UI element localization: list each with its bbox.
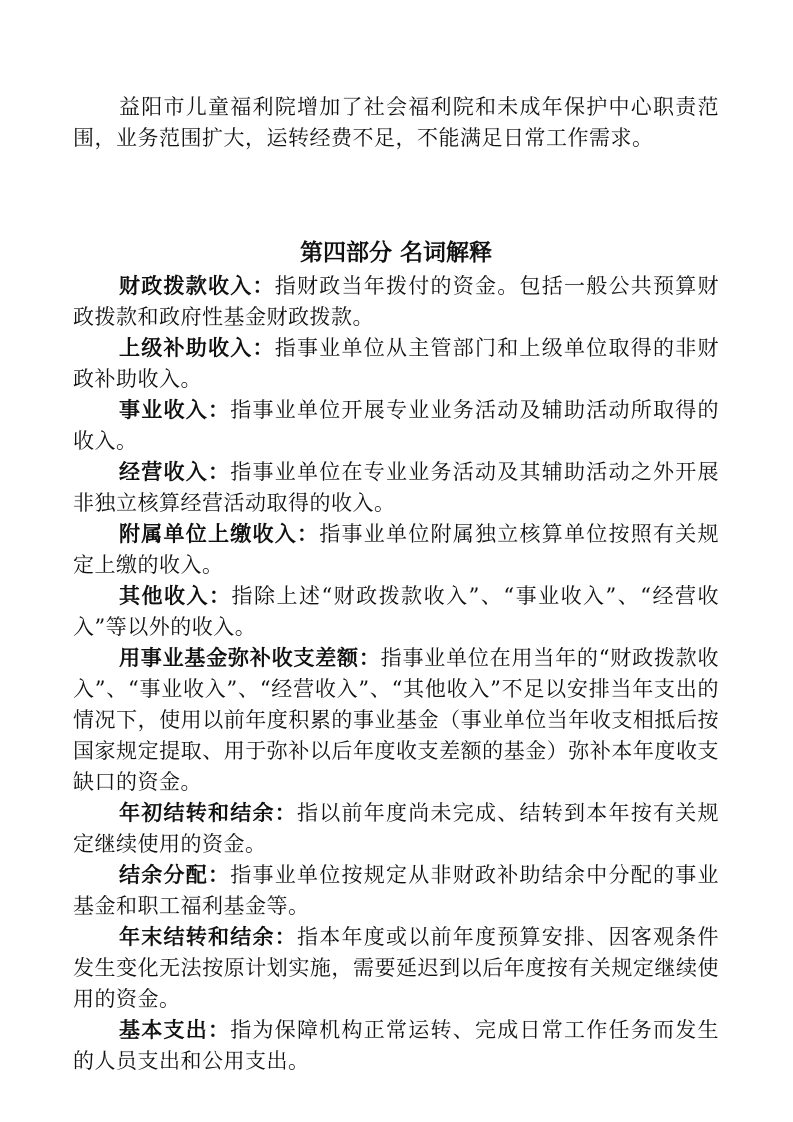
definition-term: 上级补助收入：: [119, 336, 275, 360]
definition-closing-carryover: 年末结转和结余：指本年度或以前年度预算安排、因客观条件发生变化无法按原计划实施，…: [73, 922, 719, 1015]
intro-paragraph: 益阳市儿童福利院增加了社会福利院和未成年保护中心职责范围，业务范围扩大，运转经费…: [73, 92, 719, 154]
definition-term: 经营收入：: [119, 460, 230, 484]
definition-term: 结余分配：: [119, 863, 230, 887]
definition-business-income: 事业收入：指事业单位开展专业业务活动及辅助活动所取得的收入。: [73, 395, 719, 457]
definition-opening-carryover: 年初结转和结余：指以前年度尚未完成、结转到本年按有关规定继续使用的资金。: [73, 798, 719, 860]
definition-term: 其他收入：: [119, 584, 231, 608]
definition-surplus-distribution: 结余分配：指事业单位按规定从非财政补助结余中分配的事业基金和职工福利基金等。: [73, 860, 719, 922]
definition-fiscal-appropriation: 财政拨款收入：指财政当年拨付的资金。包括一般公共预算财政拨款和政府性基金财政拨款…: [73, 271, 719, 333]
document-page: 益阳市儿童福利院增加了社会福利院和未成年保护中心职责范围，业务范围扩大，运转经费…: [73, 92, 719, 1077]
definition-superior-subsidy: 上级补助收入：指事业单位从主管部门和上级单位取得的非财政补助收入。: [73, 333, 719, 395]
definition-term: 年末结转和结余：: [119, 925, 297, 949]
definition-term: 年初结转和结余：: [119, 801, 297, 825]
definition-term: 财政拨款收入：: [119, 274, 275, 298]
definition-term: 用事业基金弥补收支差额：: [119, 646, 381, 670]
definition-basic-expenditure: 基本支出：指为保障机构正常运转、完成日常工作任务而发生的人员支出和公用支出。: [73, 1015, 719, 1077]
definition-operating-income: 经营收入：指事业单位在专业业务活动及其辅助活动之外开展非独立核算经营活动取得的收…: [73, 457, 719, 519]
definition-term: 事业收入：: [119, 398, 230, 422]
definition-term: 附属单位上缴收入：: [119, 522, 319, 546]
definition-other-income: 其他收入：指除上述“财政拨款收入”、“事业收入”、“经营收入”等以外的收入。: [73, 581, 719, 643]
definition-affiliate-remittance: 附属单位上缴收入：指事业单位附属独立核算单位按照有关规定上缴的收入。: [73, 519, 719, 581]
section-title: 第四部分 名词解释: [73, 238, 719, 269]
definition-term: 基本支出：: [119, 1018, 230, 1042]
definition-fund-offset: 用事业基金弥补收支差额：指事业单位在用当年的“财政拨款收入”、“事业收入”、“经…: [73, 643, 719, 798]
